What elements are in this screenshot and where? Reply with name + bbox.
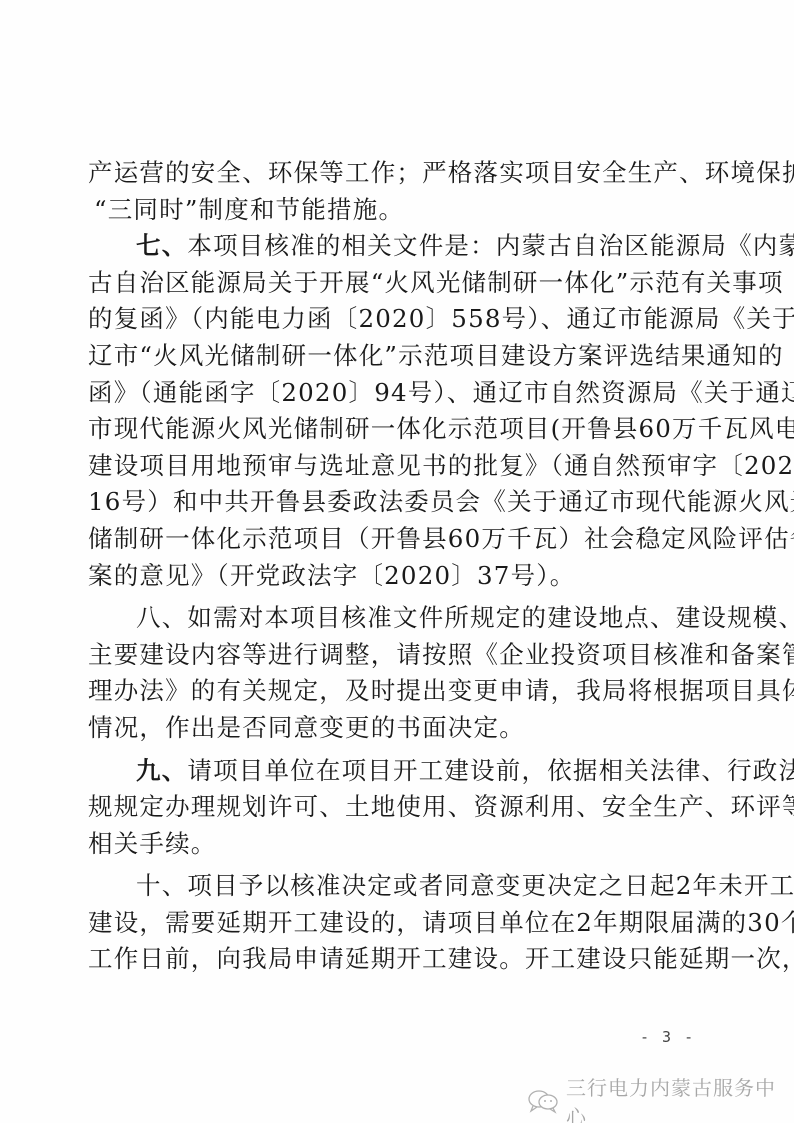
text-line: 规规定办理规划许可、土地使用、资源利用、安全生产、环评等	[88, 789, 714, 826]
watermark: 三行电力内蒙古服务中心	[526, 1072, 794, 1123]
text-line: 辽市“火风光储制研一体化”示范项目建设方案评选结果通知的	[88, 338, 714, 375]
text-fragment: 如需对本项目核准文件所规定的建设地点、建设规模、	[187, 603, 794, 632]
paragraph-8: 八、如需对本项目核准文件所规定的建设地点、建设规模、 主要建设内容等进行调整，请…	[88, 600, 714, 746]
text-line: 情况，作出是否同意变更的书面决定。	[88, 710, 714, 747]
text-line: 相关手续。	[88, 826, 714, 863]
paragraph-10: 十、项目予以核准决定或者同意变更决定之日起2年未开工 建设，需要延期开工建设的，…	[88, 868, 714, 978]
paragraph-9: 九、请项目单位在项目开工建设前，依据相关法律、行政法 规规定办理规划许可、土地使…	[88, 753, 714, 863]
text-line: 建设，需要延期开工建设的，请项目单位在2年期限届满的30个	[88, 905, 714, 942]
text-line: 储制研一体化示范项目（开鲁县60万千瓦）社会稳定风险评估备	[88, 521, 714, 558]
paragraph-continuation: 产运营的安全、环保等工作；严格落实项目安全生产、环境保护 “三同时”制度和节能措…	[88, 155, 714, 228]
text-line: 八、如需对本项目核准文件所规定的建设地点、建设规模、	[88, 600, 714, 637]
text-line: 16号）和中共开鲁县委政法委员会《关于通辽市现代能源火风光	[88, 484, 714, 521]
text-line: 古自治区能源局关于开展“火风光储制研一体化”示范有关事项	[88, 265, 714, 302]
text-fragment: 项目予以核准决定或者同意变更决定之日起2年未开工	[187, 871, 794, 900]
text-line: “三同时”制度和节能措施。	[88, 192, 714, 229]
text-line: 十、项目予以核准决定或者同意变更决定之日起2年未开工	[88, 868, 714, 905]
document-page: 产运营的安全、环保等工作；严格落实项目安全生产、环境保护 “三同时”制度和节能措…	[0, 0, 794, 1123]
text-line: 函》（通能函字〔2020〕94号）、通辽市自然资源局《关于通辽	[88, 375, 714, 412]
text-line: 建设项目用地预审与选址意见书的批复》（通自然预审字〔2020〕	[88, 448, 714, 485]
section-number: 八、	[136, 603, 187, 632]
page-number: - 3 -	[640, 1028, 695, 1046]
text-line: 主要建设内容等进行调整，请按照《企业投资项目核准和备案管	[88, 637, 714, 674]
text-line: 工作日前，向我局申请延期开工建设。开工建设只能延期一次，	[88, 941, 714, 978]
text-line: 产运营的安全、环保等工作；严格落实项目安全生产、环境保护	[88, 155, 714, 192]
document-body: 产运营的安全、环保等工作；严格落实项目安全生产、环境保护 “三同时”制度和节能措…	[88, 155, 714, 978]
text-fragment: 请项目单位在项目开工建设前，依据相关法律、行政法	[187, 756, 794, 785]
text-line: 理办法》的有关规定，及时提出变更申请，我局将根据项目具体	[88, 673, 714, 710]
text-line: 七、本项目核准的相关文件是：内蒙古自治区能源局《内蒙	[88, 228, 714, 265]
section-number: 七、	[136, 231, 187, 260]
paragraph-7: 七、本项目核准的相关文件是：内蒙古自治区能源局《内蒙 古自治区能源局关于开展“火…	[88, 228, 714, 594]
section-number: 十、	[136, 871, 187, 900]
text-line: 市现代能源火风光储制研一体化示范项目(开鲁县60万千瓦风电)	[88, 411, 714, 448]
text-line: 的复函》（内能电力函〔2020〕558号）、通辽市能源局《关于通	[88, 301, 714, 338]
wechat-icon	[526, 1088, 560, 1114]
text-fragment: 本项目核准的相关文件是：内蒙古自治区能源局《内蒙	[187, 231, 794, 260]
watermark-text: 三行电力内蒙古服务中心	[566, 1072, 794, 1123]
text-line: 九、请项目单位在项目开工建设前，依据相关法律、行政法	[88, 753, 714, 790]
text-line: 案的意见》（开党政法字〔2020〕37号）。	[88, 558, 714, 595]
section-number: 九、	[136, 756, 187, 785]
